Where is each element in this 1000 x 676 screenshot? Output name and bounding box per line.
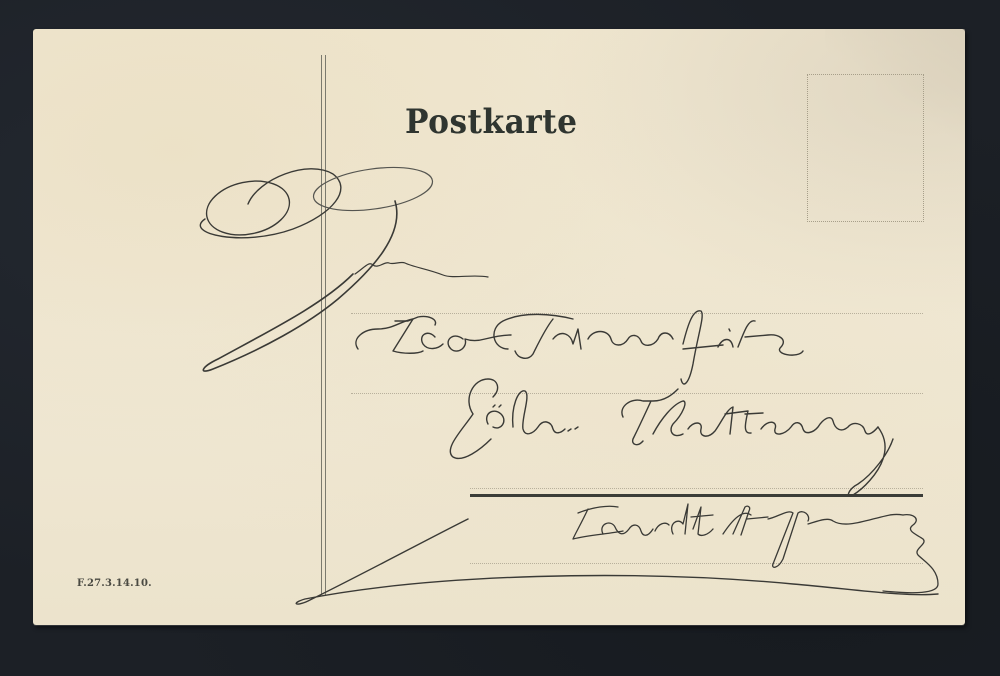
address-line-4 (470, 563, 923, 564)
address-underline (470, 494, 923, 497)
street-text: Hardtstraße (33, 29, 39, 30)
print-code: F.27.3.14.10. (77, 578, 152, 589)
handwriting-flourish (296, 519, 938, 604)
postcard-title: Postkarte (405, 102, 578, 142)
postcard: Postkarte F.27.3.14.10. (33, 29, 965, 625)
stamp-box (807, 74, 924, 222)
address-line-1 (351, 313, 923, 314)
handwriting-salutation (200, 161, 488, 371)
handwriting-city (450, 379, 893, 496)
handwriting-street (573, 504, 938, 593)
handwriting-name (356, 311, 803, 384)
address-line-3 (470, 488, 923, 489)
message-address-divider (321, 55, 326, 595)
address-line-2 (351, 393, 923, 394)
